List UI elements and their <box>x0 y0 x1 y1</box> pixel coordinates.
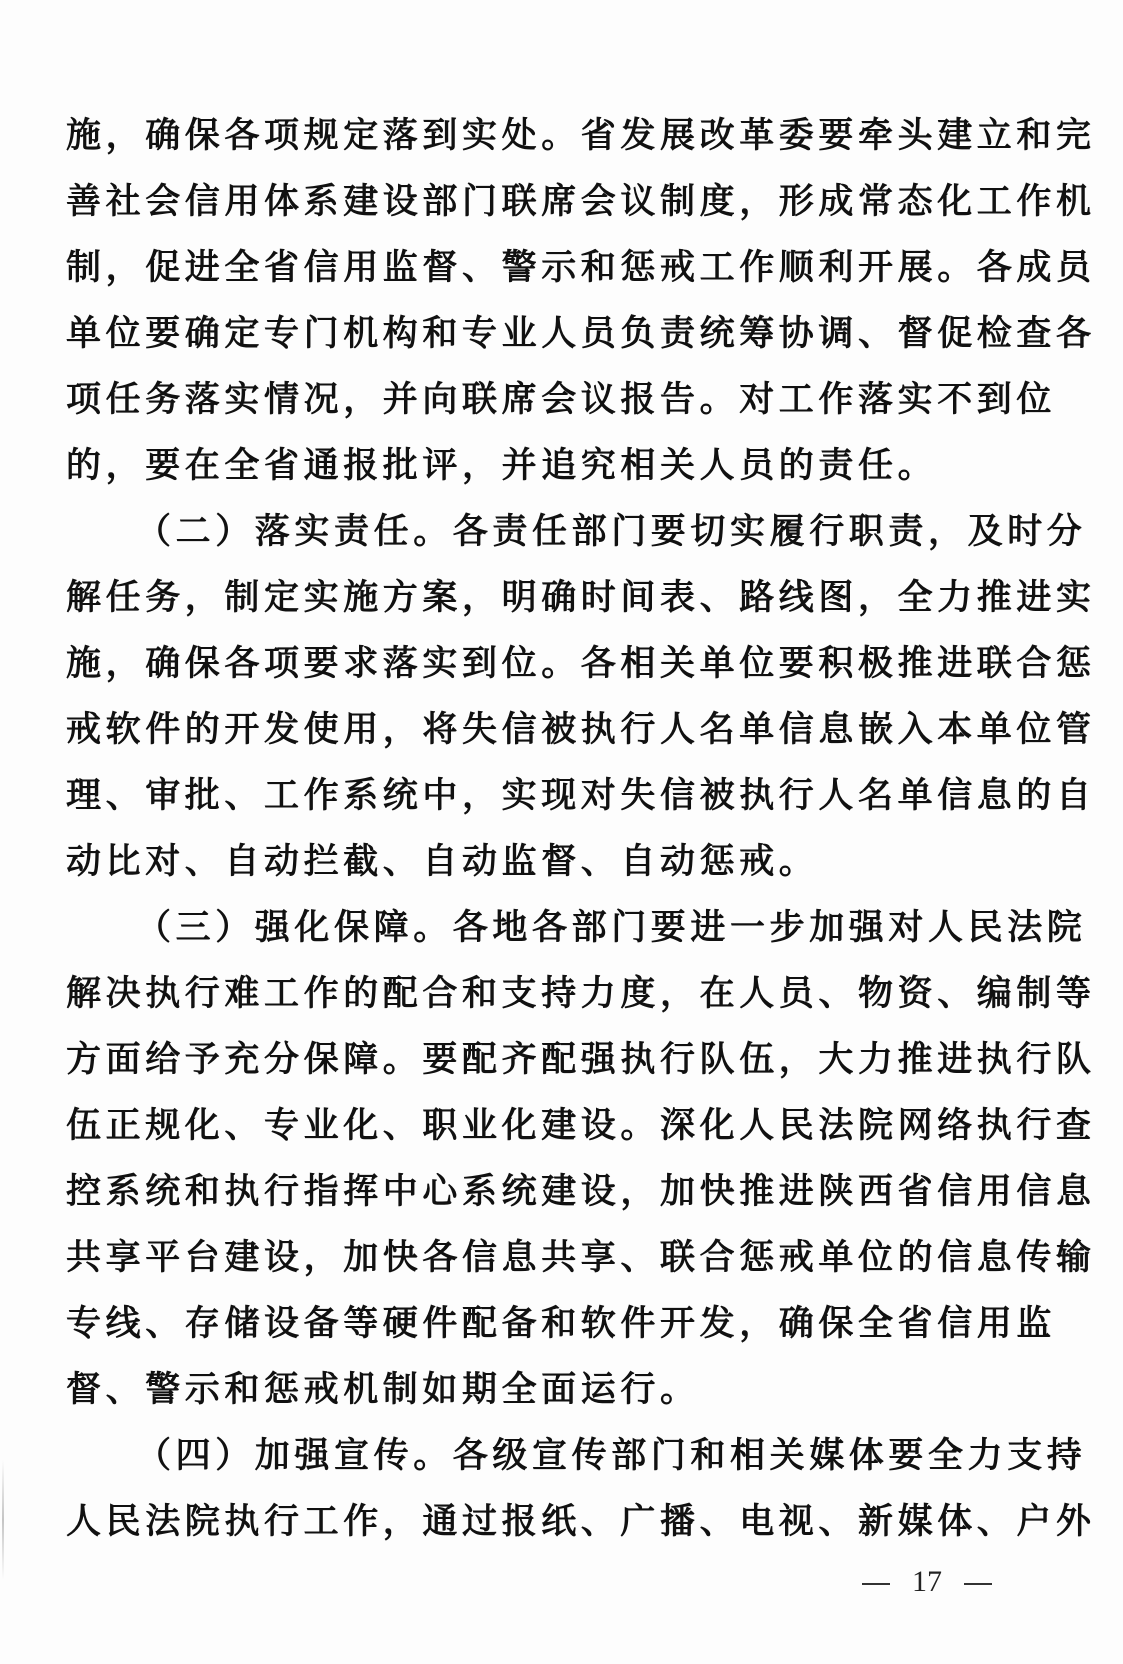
text-line: 控系统和执行指挥中心系统建设，加快推进陕西省信用信息 <box>66 1164 1040 1230</box>
text-line: 的，要在全省通报批评，并追究相关人员的责任。 <box>66 438 1040 504</box>
text-line: 戒软件的开发使用，将失信被执行人名单信息嵌入本单位管 <box>66 702 1040 768</box>
text-line: 动比对、自动拦截、自动监督、自动惩戒。 <box>66 834 1040 900</box>
text-line: 善社会信用体系建设部门联席会议制度，形成常态化工作机 <box>66 174 1040 240</box>
text-line: 专线、存储设备等硬件配备和软件开发，确保全省信用监 <box>66 1296 1040 1362</box>
text-line: 督、警示和惩戒机制如期全面运行。 <box>66 1362 1040 1428</box>
text-line: 制，促进全省信用监督、警示和惩戒工作顺利开展。各成员 <box>66 240 1040 306</box>
page-number-dash-right <box>964 1583 992 1585</box>
text-line: 项任务落实情况，并向联席会议报告。对工作落实不到位 <box>66 372 1040 438</box>
text-line: 理、审批、工作系统中，实现对失信被执行人名单信息的自 <box>66 768 1040 834</box>
body-text: 施，确保各项规定落到实处。省发展改革委要牵头建立和完善社会信用体系建设部门联席会… <box>66 108 1040 1560</box>
text-line: 人民法院执行工作，通过报纸、广播、电视、新媒体、户外 <box>66 1494 1040 1560</box>
paragraph-heading-line: （四）加强宣传。各级宣传部门和相关媒体要全力支持 <box>66 1428 1040 1494</box>
text-line: 解决执行难工作的配合和支持力度，在人员、物资、编制等 <box>66 966 1040 1032</box>
document-page: 施，确保各项规定落到实处。省发展改革委要牵头建立和完善社会信用体系建设部门联席会… <box>0 0 1123 1664</box>
paragraph-heading-line: （二）落实责任。各责任部门要切实履行职责，及时分 <box>66 504 1040 570</box>
page-number-dash-left <box>862 1583 890 1585</box>
text-line: 解任务，制定实施方案，明确时间表、路线图，全力推进实 <box>66 570 1040 636</box>
text-line: 共享平台建设，加快各信息共享、联合惩戒单位的信息传输 <box>66 1230 1040 1296</box>
text-line: 单位要确定专门机构和专业人员负责统筹协调、督促检查各 <box>66 306 1040 372</box>
scan-edge-artifact <box>2 1460 4 1580</box>
page-number: 17 <box>840 1565 1014 1599</box>
paragraph-heading-line: （三）强化保障。各地各部门要进一步加强对人民法院 <box>66 900 1040 966</box>
text-line: 伍正规化、专业化、职业化建设。深化人民法院网络执行查 <box>66 1098 1040 1164</box>
text-line: 施，确保各项规定落到实处。省发展改革委要牵头建立和完 <box>66 108 1040 174</box>
text-line: 施，确保各项要求落实到位。各相关单位要积极推进联合惩 <box>66 636 1040 702</box>
page-number-value: 17 <box>912 1565 942 1598</box>
text-line: 方面给予充分保障。要配齐配强执行队伍，大力推进执行队 <box>66 1032 1040 1098</box>
